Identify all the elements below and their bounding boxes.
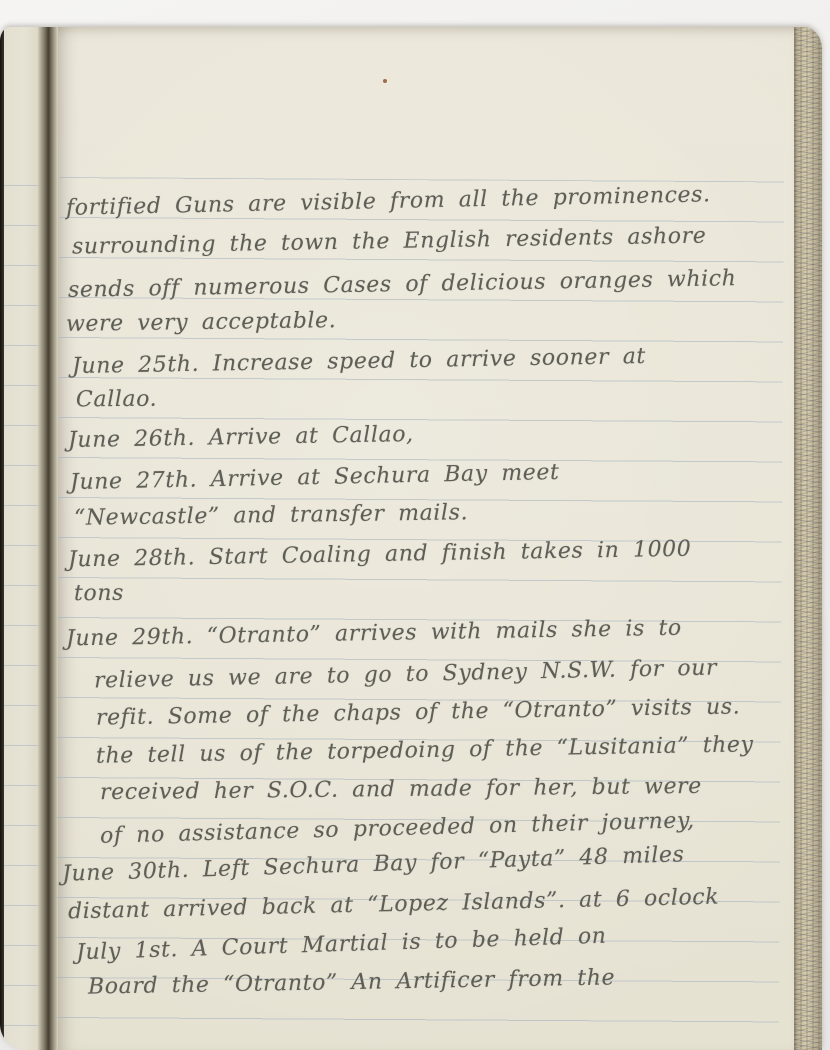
handwriting-line: sends off numerous Cases of delicious or… <box>68 264 737 306</box>
notebook-page: fortified Guns are visible from all the … <box>58 27 794 1050</box>
handwriting-line: June 28th. Start Coaling and finish take… <box>68 535 692 576</box>
handwriting-line: the tell us of the torpedoing of the “Lu… <box>96 730 754 771</box>
handwriting-line: relieve us we are to go to Sydney N.S.W.… <box>94 653 718 696</box>
handwriting-line: June 27th. Arrive at Sechura Bay meet <box>70 458 560 498</box>
left-page-edge <box>4 27 38 1050</box>
handwriting-line: were very acceptable. <box>66 306 337 340</box>
page-edge-stack <box>794 27 822 1050</box>
left-page-ruled-lines <box>4 185 38 1027</box>
handwriting-line: July 1st. A Court Martial is to be held … <box>76 922 607 969</box>
handwriting-line: Board the “Otranto” An Artificer from th… <box>88 963 616 1002</box>
photograph-background: fortified Guns are visible from all the … <box>0 0 830 1050</box>
handwriting-line: surrounding the town the English residen… <box>72 221 707 262</box>
handwriting-line: June 25th. Increase speed to arrive soon… <box>72 342 646 382</box>
book-gutter <box>38 27 58 1050</box>
handwriting-line: refit. Some of the chaps of the “Otranto… <box>96 692 741 733</box>
paper-speck <box>383 79 387 83</box>
handwriting-line: tons <box>74 579 124 609</box>
handwriting-line: distant arrived back at “Lopez Islands”.… <box>68 883 720 928</box>
notebook: fortified Guns are visible from all the … <box>0 27 822 1050</box>
handwriting-line: June 26th. Arrive at Callao, <box>68 420 414 456</box>
handwriting-line: “Newcastle” and transfer mails. <box>74 498 469 533</box>
handwriting-line: June 29th. “Otranto” arrives with mails … <box>66 614 682 655</box>
handwriting-line: Callao. <box>76 385 157 416</box>
handwriting-line: received her S.O.C. and made for her, bu… <box>100 772 702 808</box>
handwriting-line: fortified Guns are visible from all the … <box>66 180 711 223</box>
